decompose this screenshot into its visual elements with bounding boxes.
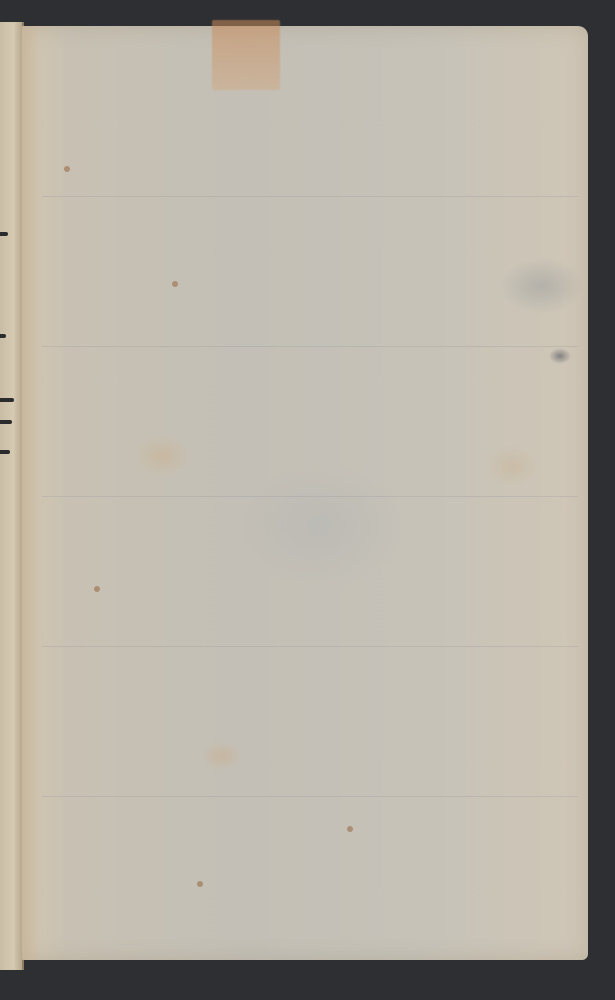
adjacent-left-page-edge <box>0 22 24 970</box>
ink-mark <box>0 232 8 236</box>
paper-chain-line <box>42 796 578 797</box>
foxing-spot <box>64 166 70 172</box>
paper-chain-line <box>42 646 578 647</box>
ink-mark <box>0 334 6 338</box>
ink-mark <box>0 398 14 402</box>
foxing-spot <box>172 281 178 287</box>
foxing-spot <box>94 586 100 592</box>
paper-chain-line <box>42 346 578 347</box>
foxing-spot <box>347 826 353 832</box>
paper-chain-line <box>42 496 578 497</box>
paper-chain-line <box>42 196 578 197</box>
page-gutter <box>22 26 38 960</box>
manuscript-page <box>22 26 588 960</box>
ink-mark <box>0 450 10 454</box>
seal-stain <box>212 20 280 90</box>
foxing-spot <box>197 881 203 887</box>
ink-mark <box>0 420 12 424</box>
